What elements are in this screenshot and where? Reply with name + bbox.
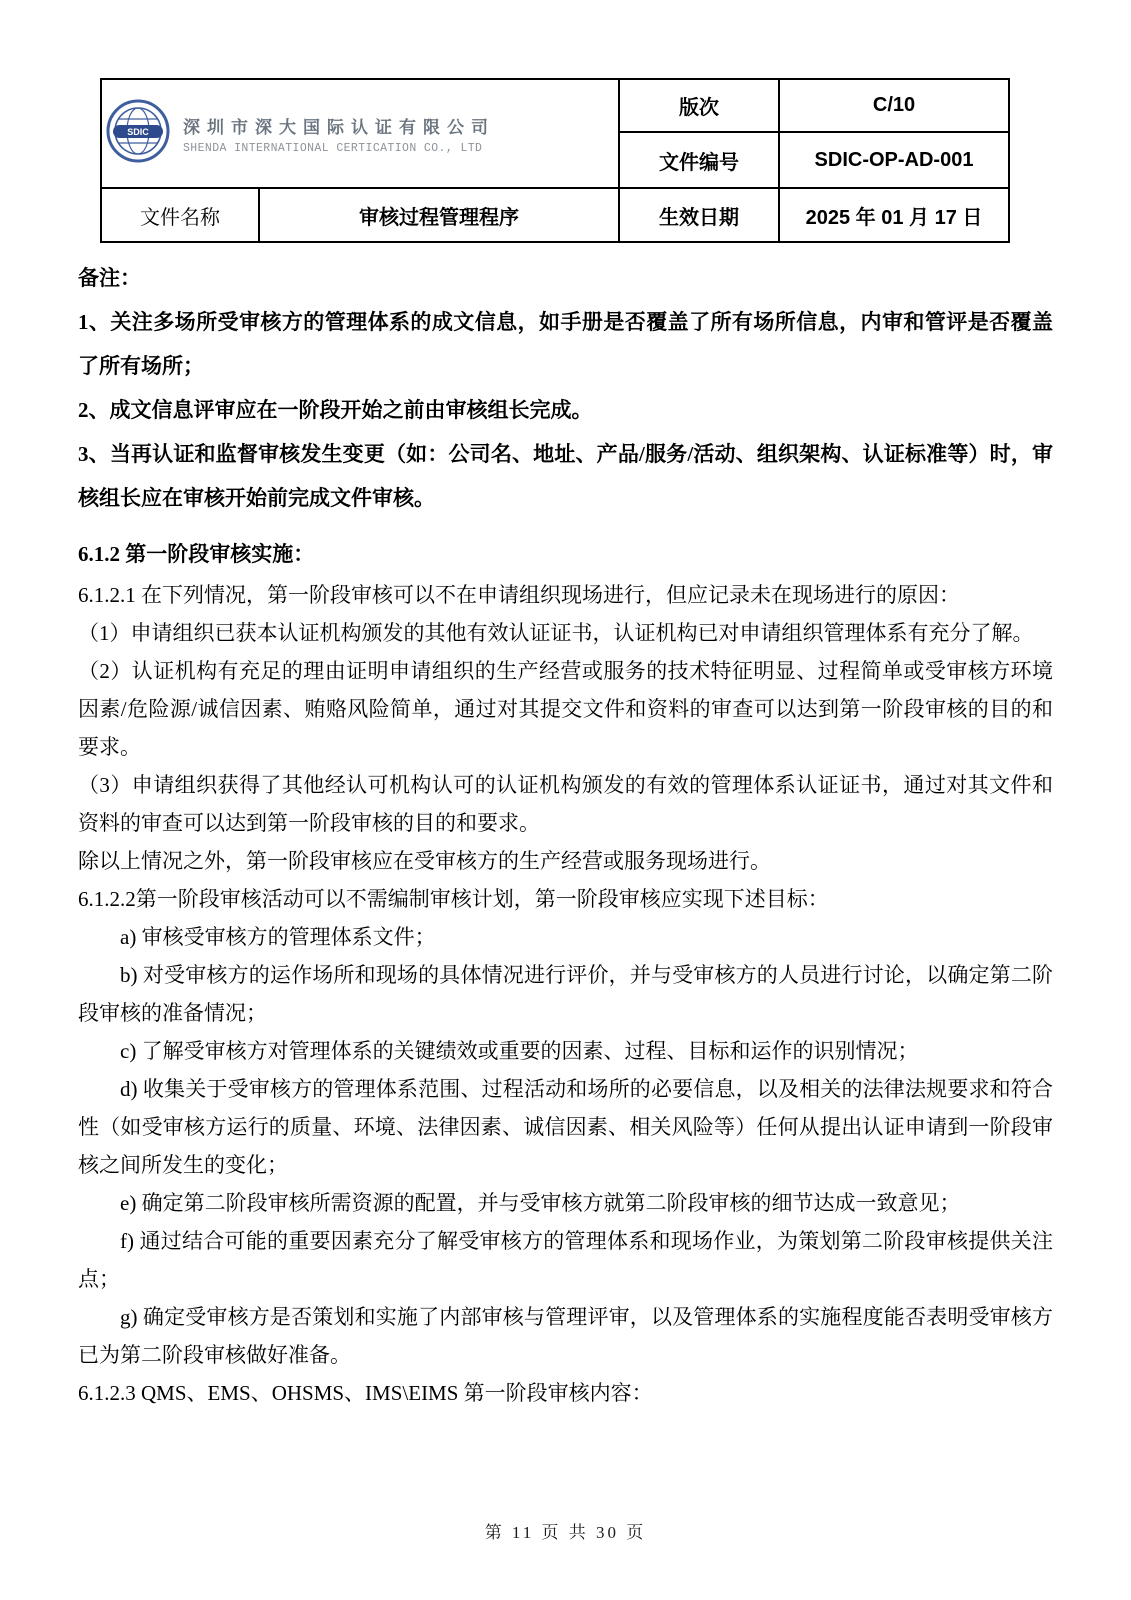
page-footer: 第 11 页 共 30 页 (0, 1518, 1131, 1543)
doc-name-value: 审核过程管理程序 (259, 188, 619, 242)
paragraph: 1、关注多场所受审核方的管理体系的成文信息，如手册是否覆盖了所有场所信息，内审和… (78, 300, 1053, 388)
paragraph: 6.1.2.2第一阶段审核活动可以不需编制审核计划，第一阶段审核应实现下述目标： (78, 880, 1053, 918)
version-label: 版次 (619, 79, 779, 132)
company-header-cell: SDIC 深圳市深大国际认证有限公司 SHENDA INTERNATIONAL … (101, 79, 619, 188)
effective-date-label: 生效日期 (619, 188, 779, 242)
paragraph: 6.1.2.1 在下列情况，第一阶段审核可以不在申请组织现场进行，但应记录未在现… (78, 576, 1053, 614)
company-logo-icon: SDIC (106, 99, 170, 169)
paragraph: c) 了解受审核方对管理体系的关键绩效或重要的因素、过程、目标和运作的识别情况； (78, 1032, 1053, 1070)
version-value: C/10 (779, 79, 1009, 132)
logo-sdic-text: SDIC (127, 127, 149, 137)
paragraph: 2、成文信息评审应在一阶段开始之前由审核组长完成。 (78, 388, 1053, 432)
document-page: SDIC 深圳市深大国际认证有限公司 SHENDA INTERNATIONAL … (0, 0, 1131, 1600)
paragraph: b) 对受审核方的运作场所和现场的具体情况进行评价，并与受审核方的人员进行讨论，… (78, 956, 1053, 1032)
paragraph: 3、当再认证和监督审核发生变更（如：公司名、地址、产品/服务/活动、组织架构、认… (78, 432, 1053, 520)
paragraph: 备注： (78, 256, 1053, 300)
paragraph: f) 通过结合可能的重要因素充分了解受审核方的管理体系和现场作业，为策划第二阶段… (78, 1222, 1053, 1298)
paragraph: 除以上情况之外，第一阶段审核应在受审核方的生产经营或服务现场进行。 (78, 842, 1053, 880)
company-name-en: SHENDA INTERNATIONAL CERTICATION CO., LT… (183, 142, 495, 155)
doc-number-value: SDIC-OP-AD-001 (779, 132, 1009, 188)
document-body: 备注：1、关注多场所受审核方的管理体系的成文信息，如手册是否覆盖了所有场所信息，… (78, 256, 1053, 1412)
paragraph: 6.1.2 第一阶段审核实施： (78, 532, 1053, 576)
paragraph: d) 收集关于受审核方的管理体系范围、过程活动和场所的必要信息，以及相关的法律法… (78, 1070, 1053, 1184)
effective-date-value: 2025 年 01 月 17 日 (779, 188, 1009, 242)
doc-number-label: 文件编号 (619, 132, 779, 188)
paragraph: g) 确定受审核方是否策划和实施了内部审核与管理评审，以及管理体系的实施程度能否… (78, 1298, 1053, 1374)
company-name-cn: 深圳市深大国际认证有限公司 (183, 113, 495, 138)
paragraph: 6.1.2.3 QMS、EMS、OHSMS、IMS\EIMS 第一阶段审核内容： (78, 1374, 1053, 1412)
paragraph: e) 确定第二阶段审核所需资源的配置，并与受审核方就第二阶段审核的细节达成一致意… (78, 1184, 1053, 1222)
paragraph: a) 审核受审核方的管理体系文件； (78, 918, 1053, 956)
paragraph: （3）申请组织获得了其他经认可机构认可的认证机构颁发的有效的管理体系认证证书，通… (78, 766, 1053, 842)
doc-name-label: 文件名称 (101, 188, 259, 242)
paragraph: （2）认证机构有充足的理由证明申请组织的生产经营或服务的技术特征明显、过程简单或… (78, 652, 1053, 766)
paragraph: （1）申请组织已获本认证机构颁发的其他有效认证证书，认证机构已对申请组织管理体系… (78, 614, 1053, 652)
document-header-table: SDIC 深圳市深大国际认证有限公司 SHENDA INTERNATIONAL … (100, 78, 1010, 243)
